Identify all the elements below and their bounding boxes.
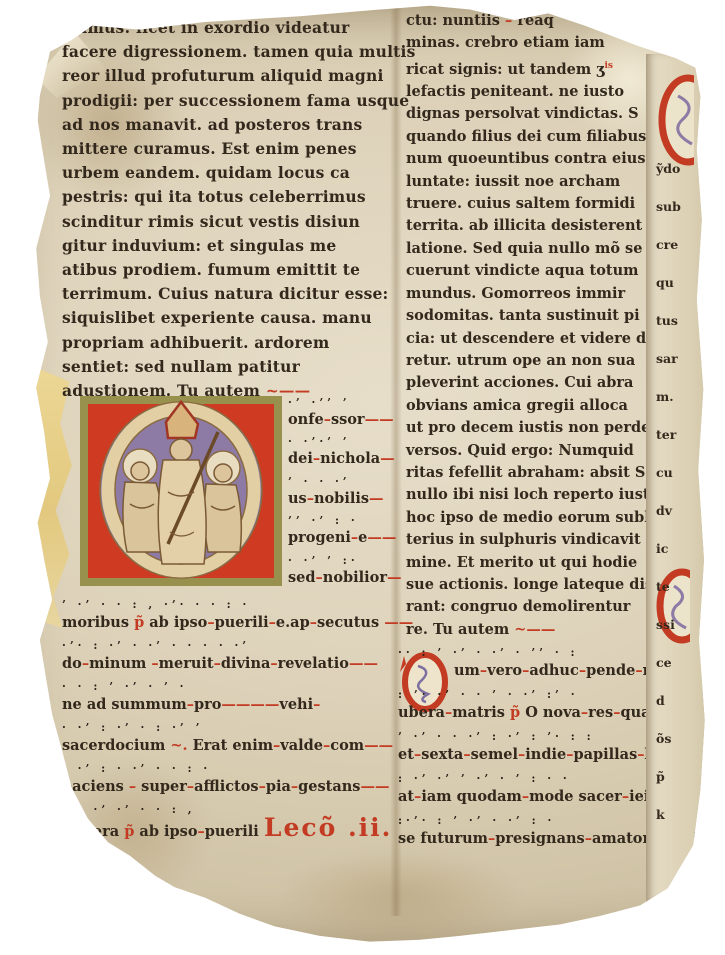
text-line: p̃ (656, 770, 681, 784)
text-line: ssi (656, 618, 681, 632)
text-segment: truere. cuius saltem formidi (406, 195, 635, 212)
text-segment: – (198, 823, 205, 840)
text-segment: pia (266, 778, 291, 795)
text-segment: moribus (62, 614, 134, 631)
text-segment: primus: licet in exordio videatur (62, 18, 350, 37)
folded-edge-strip: ỹdosubcrequtussarm.tercudvictessicedõsp̃… (646, 54, 720, 910)
manuscript-scan: primus: licet in exordio videaturfacere … (0, 0, 725, 955)
text-segment: dignas persolvat vindictas. S (406, 105, 639, 122)
text-segment: dei (288, 450, 313, 467)
text-segment: versos. Quid ergo: Numquid (406, 442, 634, 459)
text-line: dv (656, 504, 681, 518)
text-segment: m. (656, 389, 674, 404)
text-line: scinditur rimis sicut vestis disiun (62, 210, 407, 234)
line-text: us–nobilis— (288, 488, 403, 510)
text-segment: divina (221, 655, 271, 672)
text-segment: cuerunt vindicte aqua totum (406, 262, 638, 279)
line-text: õs (656, 732, 681, 746)
text-line: sentiet: sed nullam patitur (62, 355, 407, 379)
text-segment: — (369, 490, 384, 507)
line-text: urbem eandem. quidam locus ca (62, 161, 407, 185)
neume-row: · ·’ ’ :· (288, 554, 403, 567)
line-text: cre (656, 238, 681, 252)
neume-row: ·’· : ·’ · ·’ · · · · ·’ (62, 639, 410, 652)
text-segment: nullo ibi nisi loch reperto iusto (406, 486, 659, 503)
text-line: propriam adhibuerit. ardorem (62, 331, 407, 355)
text-segment: nobilis (314, 490, 369, 507)
text-segment: —— (365, 411, 394, 428)
text-segment: pro (194, 696, 221, 713)
fold-text-fragments: ỹdosubcrequtussarm.tercudvictessicedõsp̃… (656, 162, 681, 822)
text-segment: sentiet: sed nullam patitur (62, 357, 300, 376)
text-line: ’’ ·’ : ·progeni–e—— (288, 514, 403, 553)
text-line: tus (656, 314, 681, 328)
text-line: · : ·’ ·’ · · : ,viscera p̃ ab ipso–puer… (62, 803, 410, 844)
text-segment: paciens (62, 778, 129, 795)
text-segment: mittere curamus. Est enim penes (62, 139, 357, 158)
neume-row: ’ ·’ · · : , ·’· · · : · (62, 598, 410, 611)
text-segment: ssor (331, 411, 365, 428)
text-segment: gestans (298, 778, 360, 795)
neume-row: ’ · · ·’ (288, 475, 403, 488)
text-segment: Erat enim (188, 737, 274, 754)
text-segment: matris (452, 704, 510, 721)
line-text: ter (656, 428, 681, 442)
text-segment: te (656, 579, 670, 594)
text-line: m. (656, 390, 681, 404)
line-text: progeni–e—— (288, 527, 403, 549)
text-segment: revelatio (278, 655, 349, 672)
line-text: cu (656, 466, 681, 480)
text-segment: ne ad summum (62, 696, 187, 713)
line-text: ctu: nuntiis – reaq (406, 10, 706, 32)
line-text: pestris: qui ita totus celeberrimus (62, 185, 407, 209)
left-text-column: primus: licet in exordio videaturfacere … (62, 16, 407, 403)
text-segment: ỹdo (656, 161, 680, 176)
text-line: siquislibet experiente causa. manu (62, 306, 407, 330)
text-line: facere digressionem. tamen quia multis (62, 40, 407, 64)
text-segment: – (207, 614, 214, 631)
historiated-initial-C: C (78, 392, 284, 590)
text-segment: facere digressionem. tamen quia multis (62, 42, 416, 61)
line-text: p̃ (656, 770, 681, 784)
text-segment: gitur induvium: et singulas me (62, 236, 336, 255)
text-segment: cu (656, 465, 673, 480)
text-segment: propriam adhibuerit. ardorem (62, 333, 330, 352)
text-segment: ce (656, 655, 672, 670)
neume-row: · ·’ : ·’ · : ·’ ’ (62, 721, 410, 734)
text-line: cre (656, 238, 681, 252)
text-line: qu (656, 276, 681, 290)
text-line: ad nos manavit. ad posteros trans (62, 113, 407, 137)
line-text: minas. crebro etiam iam (406, 32, 706, 54)
text-segment: iam quodam (421, 788, 522, 805)
text-segment: e.ap (276, 614, 310, 631)
text-segment: õs (656, 731, 671, 746)
text-line: k (656, 808, 681, 822)
text-line: sub (656, 200, 681, 214)
text-segment: p̃ (134, 614, 144, 631)
line-text: te (656, 580, 681, 594)
text-line: pestris: qui ita totus celeberrimus (62, 185, 407, 209)
text-line: · ·’ : · ·’ · · : ·paciens – super–affli… (62, 762, 410, 803)
line-text: moribus p̃ ab ipso–puerili–e.ap–secutus … (62, 611, 410, 634)
text-segment: ab ipso (134, 823, 197, 840)
text-segment: lefactis peniteant. ne iusto (406, 83, 624, 100)
text-line: primus: licet in exordio videatur (62, 16, 407, 40)
text-segment: hoc ipso de medio eorum sublata (406, 509, 675, 526)
text-segment: p̃ (656, 769, 665, 784)
neume-row: · · : ’ ·’ · ’ · (62, 680, 410, 693)
text-segment: se futurum (398, 830, 488, 847)
text-segment: —— (364, 737, 393, 754)
text-segment: – (579, 662, 586, 679)
line-text: ic (656, 542, 681, 556)
text-segment: cia: ut descendere et videre di (406, 330, 652, 347)
text-segment: puerili (215, 614, 269, 631)
text-segment: onfe (288, 411, 324, 428)
text-segment: retur. utrum ope an non sua (406, 352, 635, 369)
text-segment: ic (656, 541, 668, 556)
edge-initial-fragment (654, 74, 694, 166)
text-segment: territa. ab illicita desisterent (406, 217, 642, 234)
text-segment: O nova (520, 704, 581, 721)
text-segment: meruit (159, 655, 214, 672)
line-text: dei–nichola— (288, 448, 403, 470)
text-line: ce (656, 656, 681, 670)
text-segment: pleverint acciones. Cui abra (406, 374, 633, 391)
text-segment: sodomitas. tanta sustinuit pi (406, 307, 640, 324)
text-segment: us (288, 490, 307, 507)
text-segment: mode sacer (529, 788, 622, 805)
text-segment: ———— (221, 696, 279, 713)
text-segment: — (380, 450, 395, 467)
text-segment: papillas (573, 746, 637, 763)
text-segment: adhuc (529, 662, 578, 679)
line-text: onfe–ssor—— (288, 409, 403, 431)
text-line: · ·’·’ ’dei–nichola— (288, 435, 403, 474)
text-segment: afflictos (194, 778, 258, 795)
text-line: ·’ ·’’ ’onfe–ssor—— (288, 396, 403, 435)
text-line: urbem eandem. quidam locus ca (62, 161, 407, 185)
text-segment: ritas fefellit abraham: absit S (406, 464, 645, 481)
text-segment: mine. Et merito ut qui hodie (406, 554, 637, 571)
line-text: tus (656, 314, 681, 328)
text-segment: – (635, 662, 642, 679)
text-line: minas. crebro etiam iam (406, 32, 706, 54)
neume-row: · ·’·’ ’ (288, 435, 403, 448)
line-text: sar (656, 352, 681, 366)
text-segment: terrimum. Cuius natura dicitur esse: (62, 284, 388, 303)
line-text: viscera p̃ ab ipso–puerili Lecõ .ii. (62, 816, 410, 843)
text-segment: k (656, 807, 665, 822)
text-segment: ad nos manavit. ad posteros trans (62, 115, 362, 134)
line-text: scinditur rimis sicut vestis disiun (62, 210, 407, 234)
text-line: mittere curamus. Est enim penes (62, 137, 407, 161)
text-segment: progeni (288, 529, 351, 546)
text-segment: atibus prodiem. fumum emittit te (62, 260, 360, 279)
text-line: te (656, 580, 681, 594)
text-segment: – (214, 655, 221, 672)
line-text: qu (656, 276, 681, 290)
text-segment: ter (656, 427, 676, 442)
neume-row: ·’ ·’’ ’ (288, 396, 403, 409)
text-segment: – (310, 614, 317, 631)
text-segment: vero (487, 662, 522, 679)
line-text: mittere curamus. Est enim penes (62, 137, 407, 161)
text-line: ’ ·’ · · : , ·’· · · : ·moribus p̃ ab ip… (62, 598, 410, 639)
line-text: sentiet: sed nullam patitur (62, 355, 407, 379)
text-segment: ab ipso (144, 614, 207, 631)
text-segment: puerili (205, 823, 264, 840)
text-segment: sacerdocium (62, 737, 170, 754)
text-segment: – (324, 411, 331, 428)
text-segment: d (656, 693, 665, 708)
text-line: reor illud profuturum aliquid magni (62, 64, 407, 88)
text-segment: – (187, 696, 194, 713)
text-segment: super (136, 778, 187, 795)
text-segment: e (358, 529, 367, 546)
text-segment: —— (367, 529, 396, 546)
text-segment: semel (471, 746, 518, 763)
text-line: cu (656, 466, 681, 480)
text-segment: valde (280, 737, 323, 754)
text-line: d (656, 694, 681, 708)
text-line: ter (656, 428, 681, 442)
text-line: terrimum. Cuius natura dicitur esse: (62, 282, 407, 306)
text-segment: mundus. Gomorreos immir (406, 285, 625, 302)
text-segment: res (588, 704, 613, 721)
line-text: prodigii: per successionem fama usque (62, 89, 407, 113)
bottom-margin-mark: Ad (98, 898, 116, 912)
initial-miniature (78, 392, 284, 590)
neume-row: ’’ ·’ : · (288, 514, 403, 527)
text-segment: sue actionis. longe lateque dis (406, 576, 653, 593)
text-segment: – (82, 655, 89, 672)
text-segment: rant: congruo demolirentur (406, 598, 630, 615)
text-segment: com (330, 737, 364, 754)
text-segment: secutus (317, 614, 384, 631)
line-text: sacerdocium ~. Erat enim–valde–com—— (62, 734, 410, 757)
text-segment: —— (360, 778, 389, 795)
text-segment: – (307, 490, 314, 507)
text-segment: ~. (170, 737, 187, 754)
text-segment: reaq (512, 12, 553, 29)
text-segment: – (270, 655, 277, 672)
text-segment: – (313, 696, 320, 713)
text-line: ·’· : ·’ · ·’ · · · · ·’do–minum –meruit… (62, 639, 410, 680)
text-segment: sed (288, 569, 316, 586)
text-segment: sub (656, 199, 681, 214)
line-text: ce (656, 656, 681, 670)
text-segment: nichola (320, 450, 380, 467)
text-line: õs (656, 732, 681, 746)
text-segment: indie (525, 746, 566, 763)
line-text: do–minum –meruit–divina–revelatio—— (62, 652, 410, 675)
text-segment: at (398, 788, 414, 805)
left-chant-block: ’ ·’ · · : , ·’· · · : ·moribus p̃ ab ip… (62, 598, 410, 844)
text-segment: viscera (62, 823, 124, 840)
text-segment: sar (656, 351, 678, 366)
text-segment: re. Tu autem (406, 621, 509, 638)
line-text: sed–nobilior— (288, 567, 403, 589)
text-segment: presignans (495, 830, 584, 847)
text-segment: — (387, 569, 402, 586)
neume-row: · ·’ : · ·’ · · : · (62, 762, 410, 775)
text-segment: – (259, 778, 266, 795)
text-segment: ~—— (514, 621, 555, 638)
text-segment: ricat signis: ut tandem ʒ (406, 61, 604, 78)
text-segment: nobilior (323, 569, 387, 586)
line-text: ỹdo (656, 162, 681, 176)
text-segment: – (463, 746, 470, 763)
line-text: dv (656, 504, 681, 518)
line-text: facere digressionem. tamen quia multis (62, 40, 407, 64)
line-text: reor illud profuturum aliquid magni (62, 64, 407, 88)
text-line: ’ · · ·’us–nobilis— (288, 475, 403, 514)
text-segment: reor illud profuturum aliquid magni (62, 66, 384, 85)
text-segment: ubera (398, 704, 445, 721)
line-text: m. (656, 390, 681, 404)
text-segment: – (151, 655, 158, 672)
text-segment: vehi (279, 696, 313, 713)
text-line: · ·’ : ·’ · : ·’ ’sacerdocium ~. Erat en… (62, 721, 410, 762)
text-segment: – (269, 614, 276, 631)
left-edge-damage-patch (28, 366, 74, 628)
line-text: ad nos manavit. ad posteros trans (62, 113, 407, 137)
text-segment: luntate: iussit noe archam (406, 173, 620, 190)
text-segment: minas. crebro etiam iam (406, 34, 605, 51)
text-segment: Lecõ .ii. (264, 813, 393, 842)
text-segment: et (398, 746, 414, 763)
text-segment: num quoeuntibus contra eius (406, 150, 646, 167)
line-text: siquislibet experiente causa. manu (62, 306, 407, 330)
line-text: ne ad summum–pro————vehi– (62, 693, 410, 716)
text-segment: sexta (421, 746, 463, 763)
text-line: · ·’ ’ :·sed–nobilior— (288, 554, 403, 593)
line-text: atibus prodiem. fumum emittit te (62, 258, 407, 282)
text-segment: ctu: nuntiis (406, 12, 505, 29)
text-segment: siquislibet experiente causa. manu (62, 308, 372, 327)
text-line: ỹdo (656, 162, 681, 176)
line-text: paciens – super–afflictos–pia–gestans—— (62, 775, 410, 798)
text-segment: quando filius dei cum filiabus (406, 128, 646, 145)
text-segment: terius in sulphuris vindicavit (406, 531, 641, 548)
text-segment: dv (656, 503, 672, 518)
text-segment: ssi (656, 617, 675, 632)
text-segment: – (622, 788, 629, 805)
text-segment: um (454, 662, 480, 679)
text-line: prodigii: per successionem fama usque (62, 89, 407, 113)
text-segment: tus (656, 313, 678, 328)
text-segment: do (62, 655, 82, 672)
text-segment: minum (89, 655, 151, 672)
text-segment: prodigii: per successionem fama usque (62, 91, 409, 110)
text-segment: is (604, 61, 612, 71)
text-line: gitur induvium: et singulas me (62, 234, 407, 258)
text-segment: scinditur rimis sicut vestis disiun (62, 212, 360, 231)
text-segment: obvians amica gregii alloca (406, 397, 628, 414)
chant-beside-initial: ·’ ·’’ ’onfe–ssor——· ·’·’ ’dei–nichola—’… (288, 396, 403, 593)
line-text: d (656, 694, 681, 708)
line-text: propriam adhibuerit. ardorem (62, 331, 407, 355)
text-line: sar (656, 352, 681, 366)
text-segment: ut pro decem iustis non perdere (406, 419, 667, 436)
text-segment: p̃ (510, 704, 520, 721)
text-line: atibus prodiem. fumum emittit te (62, 258, 407, 282)
line-text: terrimum. Cuius natura dicitur esse: (62, 282, 407, 306)
text-segment: cre (656, 237, 678, 252)
line-text: ssi (656, 618, 681, 632)
line-text: primus: licet in exordio videatur (62, 16, 407, 40)
text-line: ic (656, 542, 681, 556)
text-segment: – (637, 746, 644, 763)
parchment-leaf: primus: licet in exordio videaturfacere … (0, 0, 725, 955)
text-line: ctu: nuntiis – reaq (406, 10, 706, 32)
text-segment: – (585, 830, 592, 847)
text-segment: p̃ (124, 823, 134, 840)
text-segment: urbem eandem. quidam locus ca (62, 163, 350, 182)
text-segment: qu (656, 275, 674, 290)
line-text: sub (656, 200, 681, 214)
text-line: · · : ’ ·’ · ’ ·ne ad summum–pro————vehi… (62, 680, 410, 721)
text-segment: – (316, 569, 323, 586)
line-text: k (656, 808, 681, 822)
text-segment: latione. Sed quia nullo mõ se (406, 240, 642, 257)
text-segment: pende (586, 662, 635, 679)
line-text: gitur induvium: et singulas me (62, 234, 407, 258)
text-segment: pestris: qui ita totus celeberrimus (62, 187, 366, 206)
text-segment: —— (349, 655, 378, 672)
